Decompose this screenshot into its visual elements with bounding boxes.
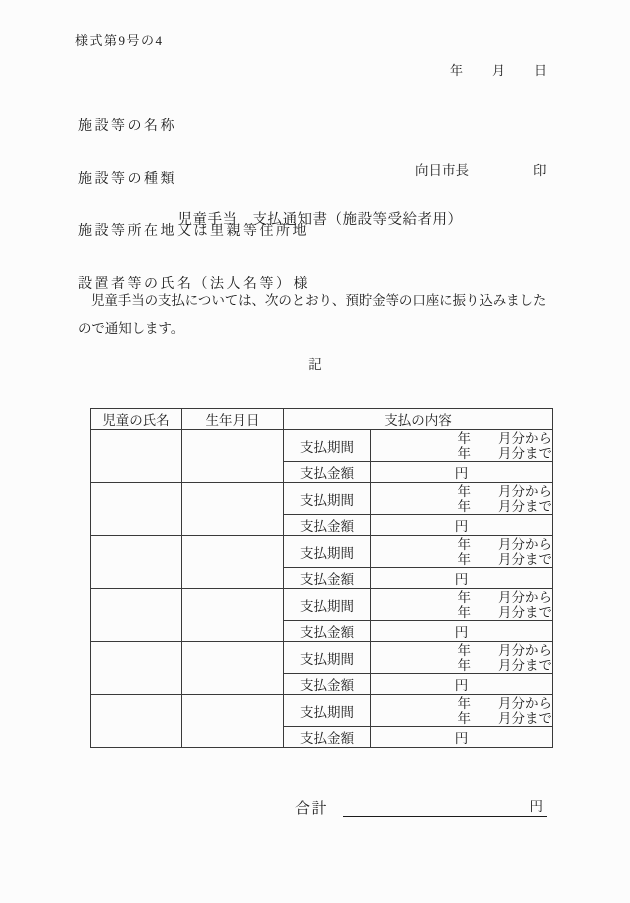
payment-amount-label: 支払金額 — [284, 621, 371, 642]
payment-amount-value-cell: 円 — [371, 727, 553, 748]
header-birth-date: 生年月日 — [182, 409, 284, 430]
birth-date-cell — [182, 642, 284, 695]
total-unit-yen: 円 — [530, 795, 544, 815]
form-number: 様式第9号の4 — [75, 30, 164, 49]
payment-period-value-cell: 年 月分から 年 月分まで — [371, 483, 553, 515]
payment-period-value-cell: 年 月分から 年 月分まで — [371, 695, 553, 727]
payment-amount-value-cell: 円 — [371, 568, 553, 589]
payment-period-value-cell: 年 月分から 年 月分まで — [371, 430, 553, 462]
notice-body-line2: ので通知します。 — [78, 315, 556, 343]
payment-amount-label: 支払金額 — [284, 674, 371, 695]
issuer-mayor-name: 向日市長 — [415, 159, 469, 179]
birth-date-cell — [182, 483, 284, 536]
payment-period-row: 支払期間 年 月分から 年 月分まで — [91, 642, 553, 674]
period-to-line: 年 月分まで — [371, 711, 552, 726]
period-to-line: 年 月分まで — [371, 499, 552, 514]
period-from-line: 年 月分から — [371, 484, 552, 499]
document-title: 児童手当 支払通知書（施設等受給者用） — [10, 208, 630, 229]
birth-date-cell — [182, 589, 284, 642]
header-child-name: 児童の氏名 — [91, 409, 182, 430]
notice-body: 児童手当の支払については、次のとおり、預貯金等の口座に振り込みました ので通知し… — [78, 287, 556, 343]
payment-amount-value-cell: 円 — [371, 621, 553, 642]
payment-block: 支払期間 年 月分から 年 月分まで 支払金額 円 — [91, 536, 553, 589]
payment-period-value-cell: 年 月分から 年 月分まで — [371, 642, 553, 674]
payments-table: 児童の氏名 生年月日 支払の内容 支払期間 年 月分から 年 月分まで 支払金額… — [90, 408, 553, 748]
child-name-cell — [91, 642, 182, 695]
payment-period-value-cell: 年 月分から 年 月分まで — [371, 536, 553, 568]
child-name-cell — [91, 483, 182, 536]
period-to-line: 年 月分まで — [371, 658, 552, 673]
payment-period-label: 支払期間 — [284, 642, 371, 674]
period-to-line: 年 月分まで — [371, 605, 552, 620]
payment-amount-value-cell: 円 — [371, 515, 553, 536]
payment-block: 支払期間 年 月分から 年 月分まで 支払金額 円 — [91, 642, 553, 695]
child-name-cell — [91, 695, 182, 748]
seal-mark: 印 — [533, 159, 547, 179]
total-fill-line: 円 — [343, 798, 547, 817]
payment-period-label: 支払期間 — [284, 430, 371, 462]
payment-amount-label: 支払金額 — [284, 462, 371, 483]
payment-block: 支払期間 年 月分から 年 月分まで 支払金額 円 — [91, 483, 553, 536]
payment-period-label: 支払期間 — [284, 483, 371, 515]
payment-period-row: 支払期間 年 月分から 年 月分まで — [91, 695, 553, 727]
payment-amount-value-cell: 円 — [371, 462, 553, 483]
payment-period-label: 支払期間 — [284, 536, 371, 568]
child-name-cell — [91, 536, 182, 589]
payment-amount-value-cell: 円 — [371, 674, 553, 695]
payment-amount-label: 支払金額 — [284, 515, 371, 536]
payment-period-row: 支払期間 年 月分から 年 月分まで — [91, 430, 553, 462]
payment-amount-label: 支払金額 — [284, 727, 371, 748]
child-name-cell — [91, 430, 182, 483]
facility-name-label: 施設等の名称 — [78, 118, 310, 136]
payment-period-label: 支払期間 — [284, 589, 371, 621]
payment-period-value-cell: 年 月分から 年 月分まで — [371, 589, 553, 621]
period-from-line: 年 月分から — [371, 590, 552, 605]
payment-period-label: 支払期間 — [284, 695, 371, 727]
birth-date-cell — [182, 536, 284, 589]
payment-block: 支払期間 年 月分から 年 月分まで 支払金額 円 — [91, 695, 553, 748]
birth-date-cell — [182, 430, 284, 483]
facility-type-label: 施設等の種類 — [78, 171, 310, 189]
date-line: 年 月 日 — [450, 60, 548, 79]
notice-body-line1: 児童手当の支払については、次のとおり、預貯金等の口座に振り込みました — [78, 287, 556, 315]
document-page: 様式第9号の4 年 月 日 施設等の名称 施設等の種類 施設等所在地又は里親等住… — [0, 0, 630, 903]
payment-period-row: 支払期間 年 月分から 年 月分まで — [91, 589, 553, 621]
payment-amount-label: 支払金額 — [284, 568, 371, 589]
total-label: 合計 — [295, 797, 328, 818]
payment-period-row: 支払期間 年 月分から 年 月分まで — [91, 483, 553, 515]
payment-period-row: 支払期間 年 月分から 年 月分まで — [91, 536, 553, 568]
payment-block: 支払期間 年 月分から 年 月分まで 支払金額 円 — [91, 589, 553, 642]
payment-block: 支払期間 年 月分から 年 月分まで 支払金額 円 — [91, 430, 553, 483]
birth-date-cell — [182, 695, 284, 748]
table-header-row: 児童の氏名 生年月日 支払の内容 — [91, 409, 553, 430]
period-from-line: 年 月分から — [371, 696, 552, 711]
record-mark: 記 — [0, 353, 630, 373]
period-from-line: 年 月分から — [371, 431, 552, 446]
child-name-cell — [91, 589, 182, 642]
period-from-line: 年 月分から — [371, 537, 552, 552]
period-to-line: 年 月分まで — [371, 552, 552, 567]
period-to-line: 年 月分まで — [371, 446, 552, 461]
period-from-line: 年 月分から — [371, 643, 552, 658]
header-payment-details: 支払の内容 — [284, 409, 553, 430]
